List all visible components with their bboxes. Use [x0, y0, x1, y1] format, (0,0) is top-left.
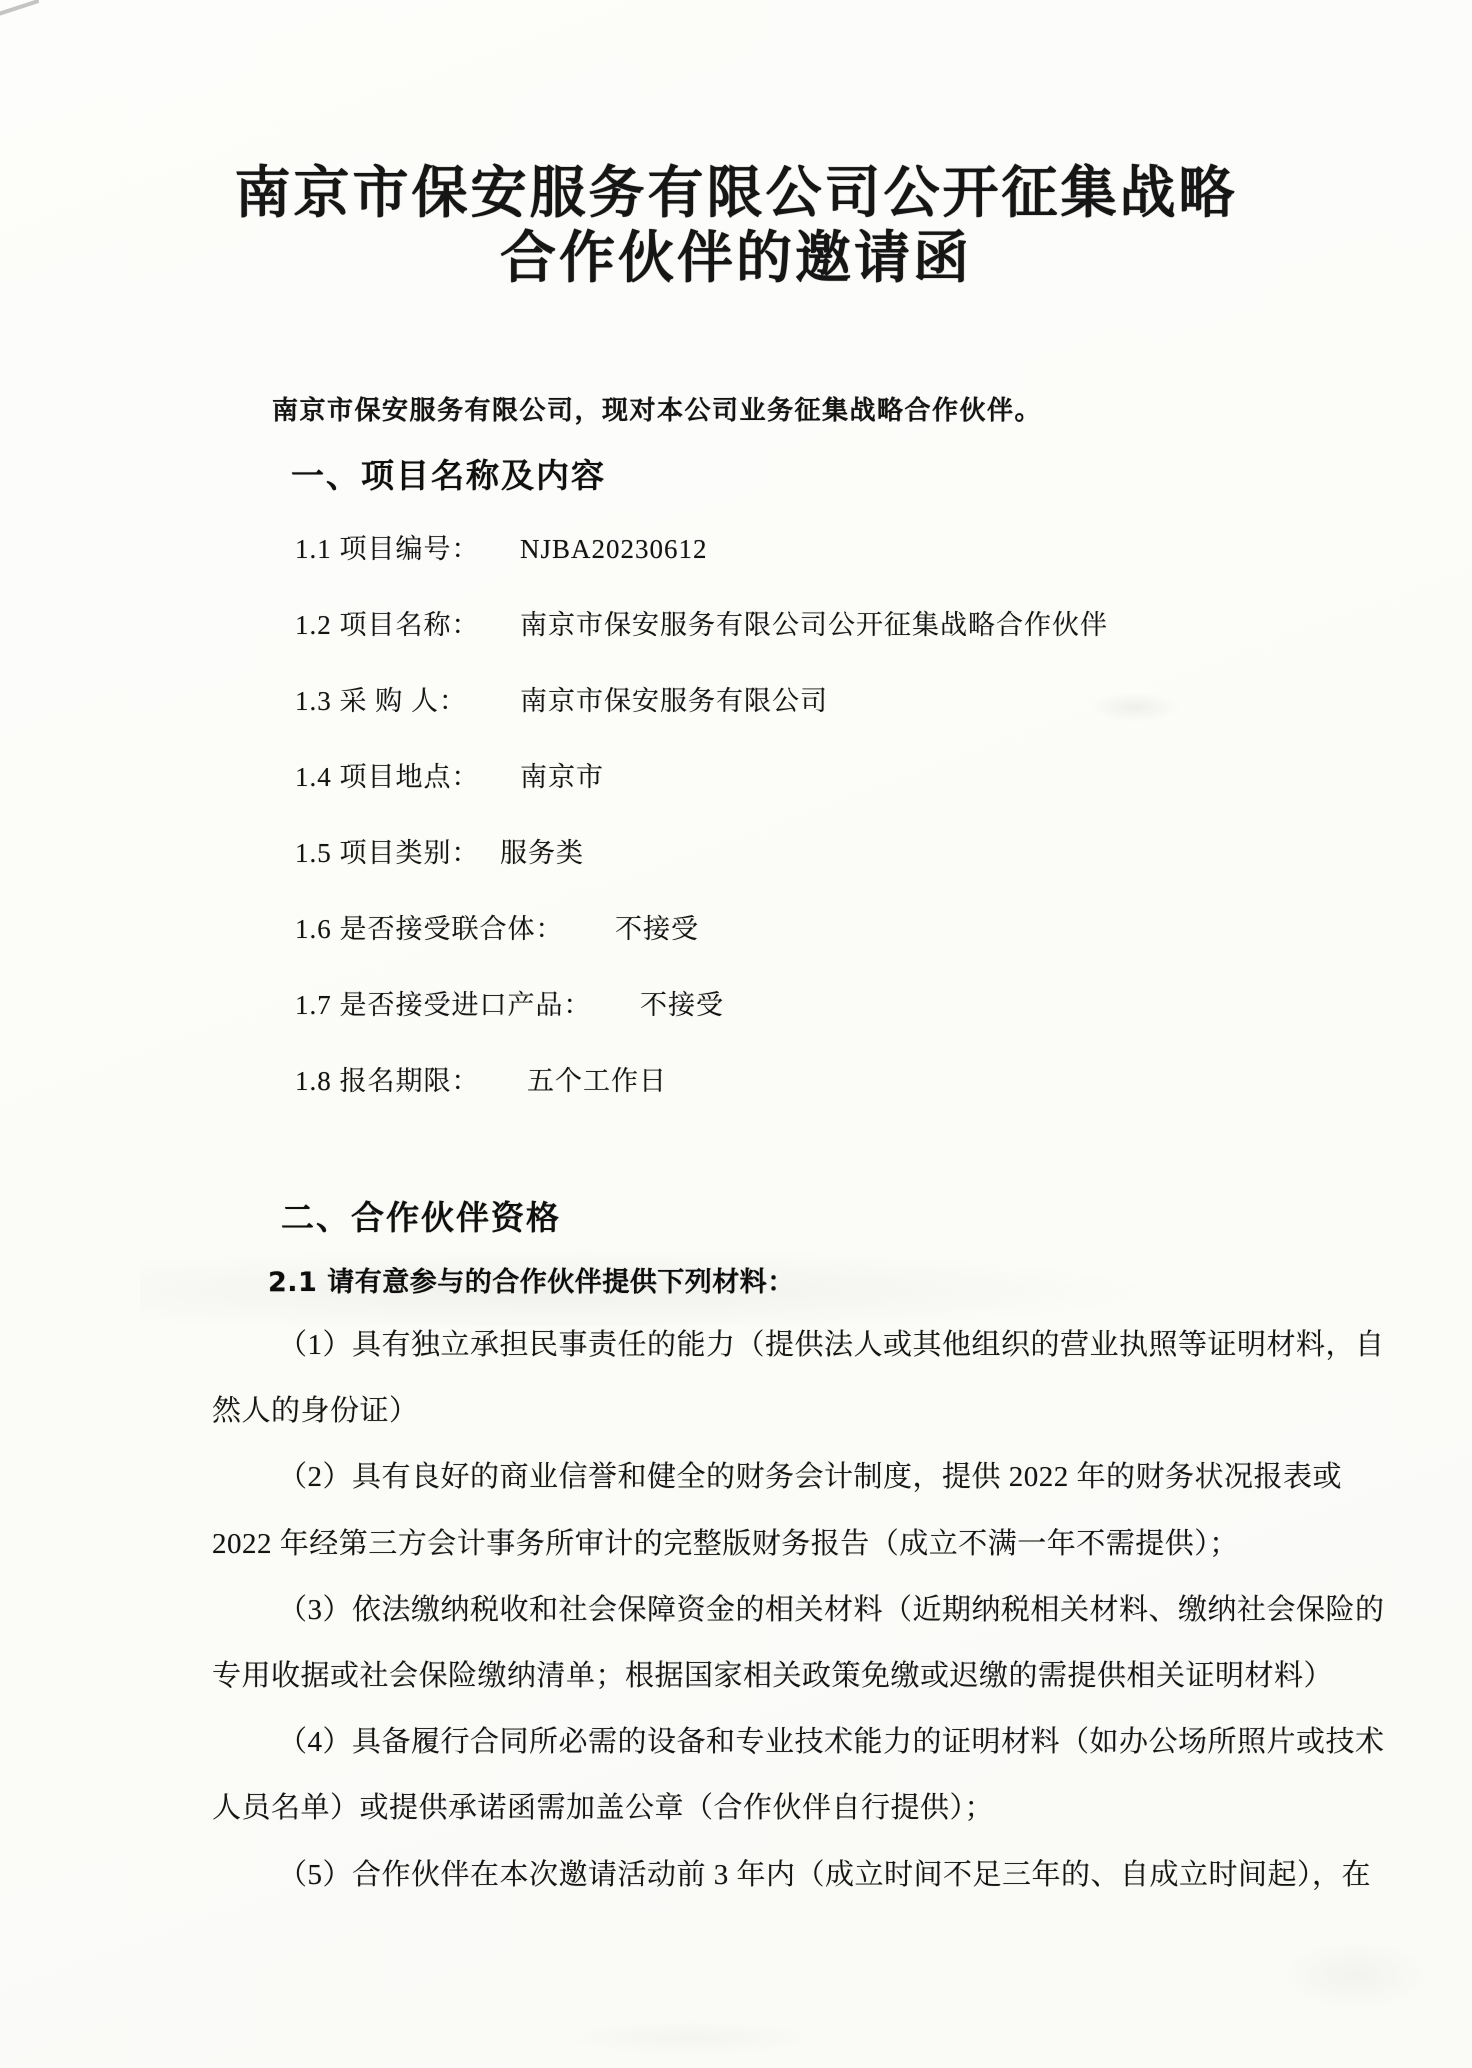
body-line: （1）具有独立承担民事责任的能力（提供法人或其他组织的营业执照等证明材料，自 — [278, 1331, 1385, 1360]
scan-artifact — [1280, 1940, 1430, 2010]
item-value: 服务类 — [500, 840, 584, 867]
section2-heading: 二、合作伙伴资格 — [281, 1201, 561, 1234]
item-value: 五个工作日 — [527, 1068, 667, 1095]
body-line: 专用收据或社会保险缴纳清单；根据国家相关政策免缴或迟缴的需提供相关证明材料） — [212, 1662, 1333, 1691]
project-item-row: 1.2 项目名称： 南京市保安服务有限公司公开征集战略合作伙伴 — [295, 612, 480, 639]
item-label: 1.4 项目地点： — [295, 762, 480, 792]
item-value: 南京市 — [520, 764, 604, 791]
project-item-row: 1.8 报名期限： 五个工作日 — [295, 1068, 480, 1095]
body-line: 人员名单）或提供承诺函需加盖公章（合作伙伴自行提供）； — [212, 1794, 994, 1823]
intro-paragraph: 南京市保安服务有限公司，现对本公司业务征集战略合作伙伴。 — [272, 398, 1042, 424]
project-item-row: 1.4 项目地点： 南京市 — [295, 764, 480, 791]
body-line: （2）具有良好的商业信誉和健全的财务会计制度，提供 2022 年的财务状况报表或 — [278, 1463, 1342, 1492]
item-label: 1.8 报名期限： — [295, 1066, 480, 1096]
section2-subheading: 2.1 请有意参与的合作伙伴提供下列材料： — [268, 1269, 795, 1296]
body-line: （3）依法缴纳税收和社会保障资金的相关材料（近期纳税相关材料、缴纳社会保险的 — [278, 1596, 1385, 1625]
body-line: （5）合作伙伴在本次邀请活动前 3 年内（成立时间不足三年的、自成立时间起），在 — [278, 1861, 1371, 1890]
item-value: NJBA20230612 — [520, 536, 708, 563]
document-page: 南京市保安服务有限公司公开征集战略 合作伙伴的邀请函 南京市保安服务有限公司，现… — [0, 0, 1472, 2068]
item-value: 南京市保安服务有限公司 — [520, 688, 828, 715]
scan-artifact — [1090, 692, 1180, 722]
item-label: 1.3 采 购 人： — [295, 686, 467, 716]
doc-title-line2: 合作伙伴的邀请函 — [0, 231, 1472, 287]
item-value: 不接受 — [640, 992, 724, 1019]
project-item-row: 1.7 是否接受进口产品： 不接受 — [295, 992, 592, 1019]
project-item-row: 1.1 项目编号： NJBA20230612 — [295, 536, 480, 563]
doc-title-line1: 南京市保安服务有限公司公开征集战略 — [0, 166, 1472, 222]
body-line: （4）具备履行合同所必需的设备和专业技术能力的证明材料（如办公场所照片或技术 — [278, 1728, 1385, 1757]
body-line: 2022 年经第三方会计事务所审计的完整版财务报告（成立不满一年不需提供）； — [212, 1530, 1239, 1559]
item-label: 1.2 项目名称： — [295, 610, 480, 640]
item-label: 1.6 是否接受联合体： — [295, 914, 564, 944]
scan-artifact — [560, 2020, 820, 2056]
item-label: 1.5 项目类别： — [295, 838, 480, 868]
project-item-row: 1.6 是否接受联合体： 不接受 — [295, 916, 564, 943]
item-value: 不接受 — [615, 916, 699, 943]
project-item-row: 1.3 采 购 人： 南京市保安服务有限公司 — [295, 688, 467, 715]
item-value: 南京市保安服务有限公司公开征集战略合作伙伴 — [520, 612, 1108, 639]
item-label: 1.7 是否接受进口产品： — [295, 990, 592, 1020]
body-line: 然人的身份证） — [212, 1397, 419, 1426]
item-label: 1.1 项目编号： — [295, 534, 480, 564]
scan-artifact — [0, 0, 39, 17]
project-item-row: 1.5 项目类别： 服务类 — [295, 840, 480, 867]
section1-heading: 一、项目名称及内容 — [291, 459, 606, 492]
